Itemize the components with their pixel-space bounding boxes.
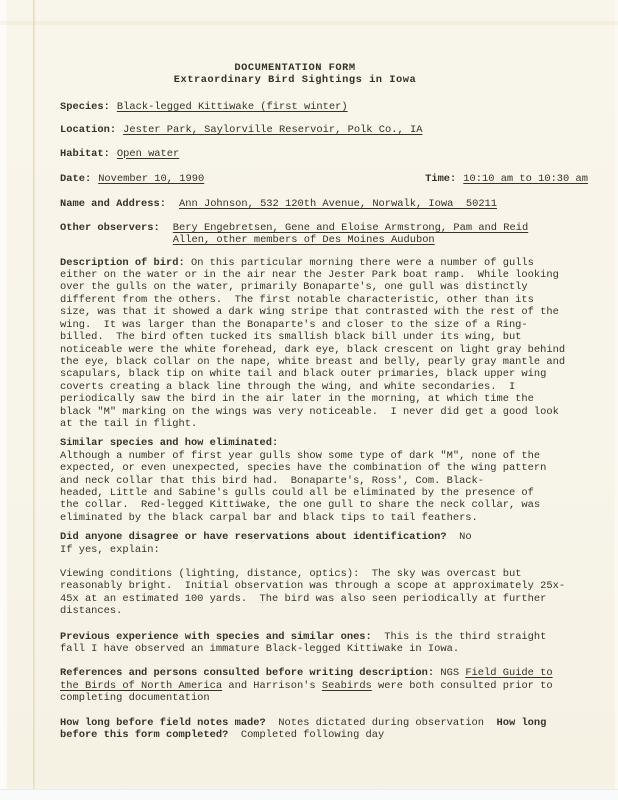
viewing-conditions-section: Viewing conditions (lighting, distance, … — [60, 568, 588, 618]
time-label: Time: — [425, 173, 456, 185]
name-address-value: Ann Johnson, 532 120th Avenue, Norwalk, … — [179, 198, 497, 210]
date-label: Date: — [60, 173, 91, 185]
location-value: Jester Park, Saylorville Reservoir, Polk… — [123, 124, 422, 136]
field-habitat: Habitat:Open water — [60, 148, 588, 160]
scan-bottom-edge — [0, 789, 618, 800]
field-species: Species:Black-legged Kittiwake (first wi… — [60, 101, 588, 113]
habitat-label: Habitat: — [60, 148, 110, 160]
field-date-time: Date:November 10, 1990Time:10:10 am to 1… — [60, 173, 588, 185]
description-section: Description of bird: On this particular … — [60, 257, 588, 431]
document-content: DOCUMENTATION FORMExtraordinary Bird Sig… — [60, 62, 588, 741]
title-line1: DOCUMENTATION FORM — [60, 62, 530, 74]
references-section: References and persons consulted before … — [60, 667, 588, 704]
scan-left-edge — [0, 0, 7, 800]
scanned-document-page: DOCUMENTATION FORMExtraordinary Bird Sig… — [0, 0, 618, 800]
paper-crease-line — [33, 0, 34, 800]
field-other-observers: Other observers:Bery Engebretsen, Gene a… — [60, 222, 588, 247]
document-title: DOCUMENTATION FORMExtraordinary Bird Sig… — [60, 62, 530, 87]
previous-experience-section: Previous experience with species and sim… — [60, 631, 588, 656]
time-field: Time:10:10 am to 10:30 am — [425, 173, 588, 185]
species-value: Black-legged Kittiwake (first winter) — [117, 101, 348, 113]
name-address-label: Name and Address: — [60, 198, 166, 210]
habitat-value: Open water — [117, 148, 179, 160]
title-line2: Extraordinary Bird Sightings in Iowa — [60, 74, 530, 86]
scan-artifact-band — [0, 21, 618, 25]
date-value: November 10, 1990 — [98, 173, 204, 185]
date-field: Date:November 10, 1990 — [60, 173, 204, 185]
other-observers-value: Bery Engebretsen, Gene and Eloise Armstr… — [173, 222, 528, 247]
field-name-address: Name and Address:Ann Johnson, 532 120th … — [60, 198, 588, 210]
field-location: Location:Jester Park, Saylorville Reserv… — [60, 124, 588, 136]
other-observers-label: Other observers: — [60, 222, 160, 234]
time-value: 10:10 am to 10:30 am — [463, 173, 588, 185]
species-label: Species: — [60, 101, 110, 113]
location-label: Location: — [60, 124, 116, 136]
field-notes-section: How long before field notes made? Notes … — [60, 717, 588, 742]
similar-species-section: Similar species and how eliminated: Alth… — [60, 437, 588, 524]
disagreement-section: Did anyone disagree or have reservations… — [60, 531, 588, 556]
